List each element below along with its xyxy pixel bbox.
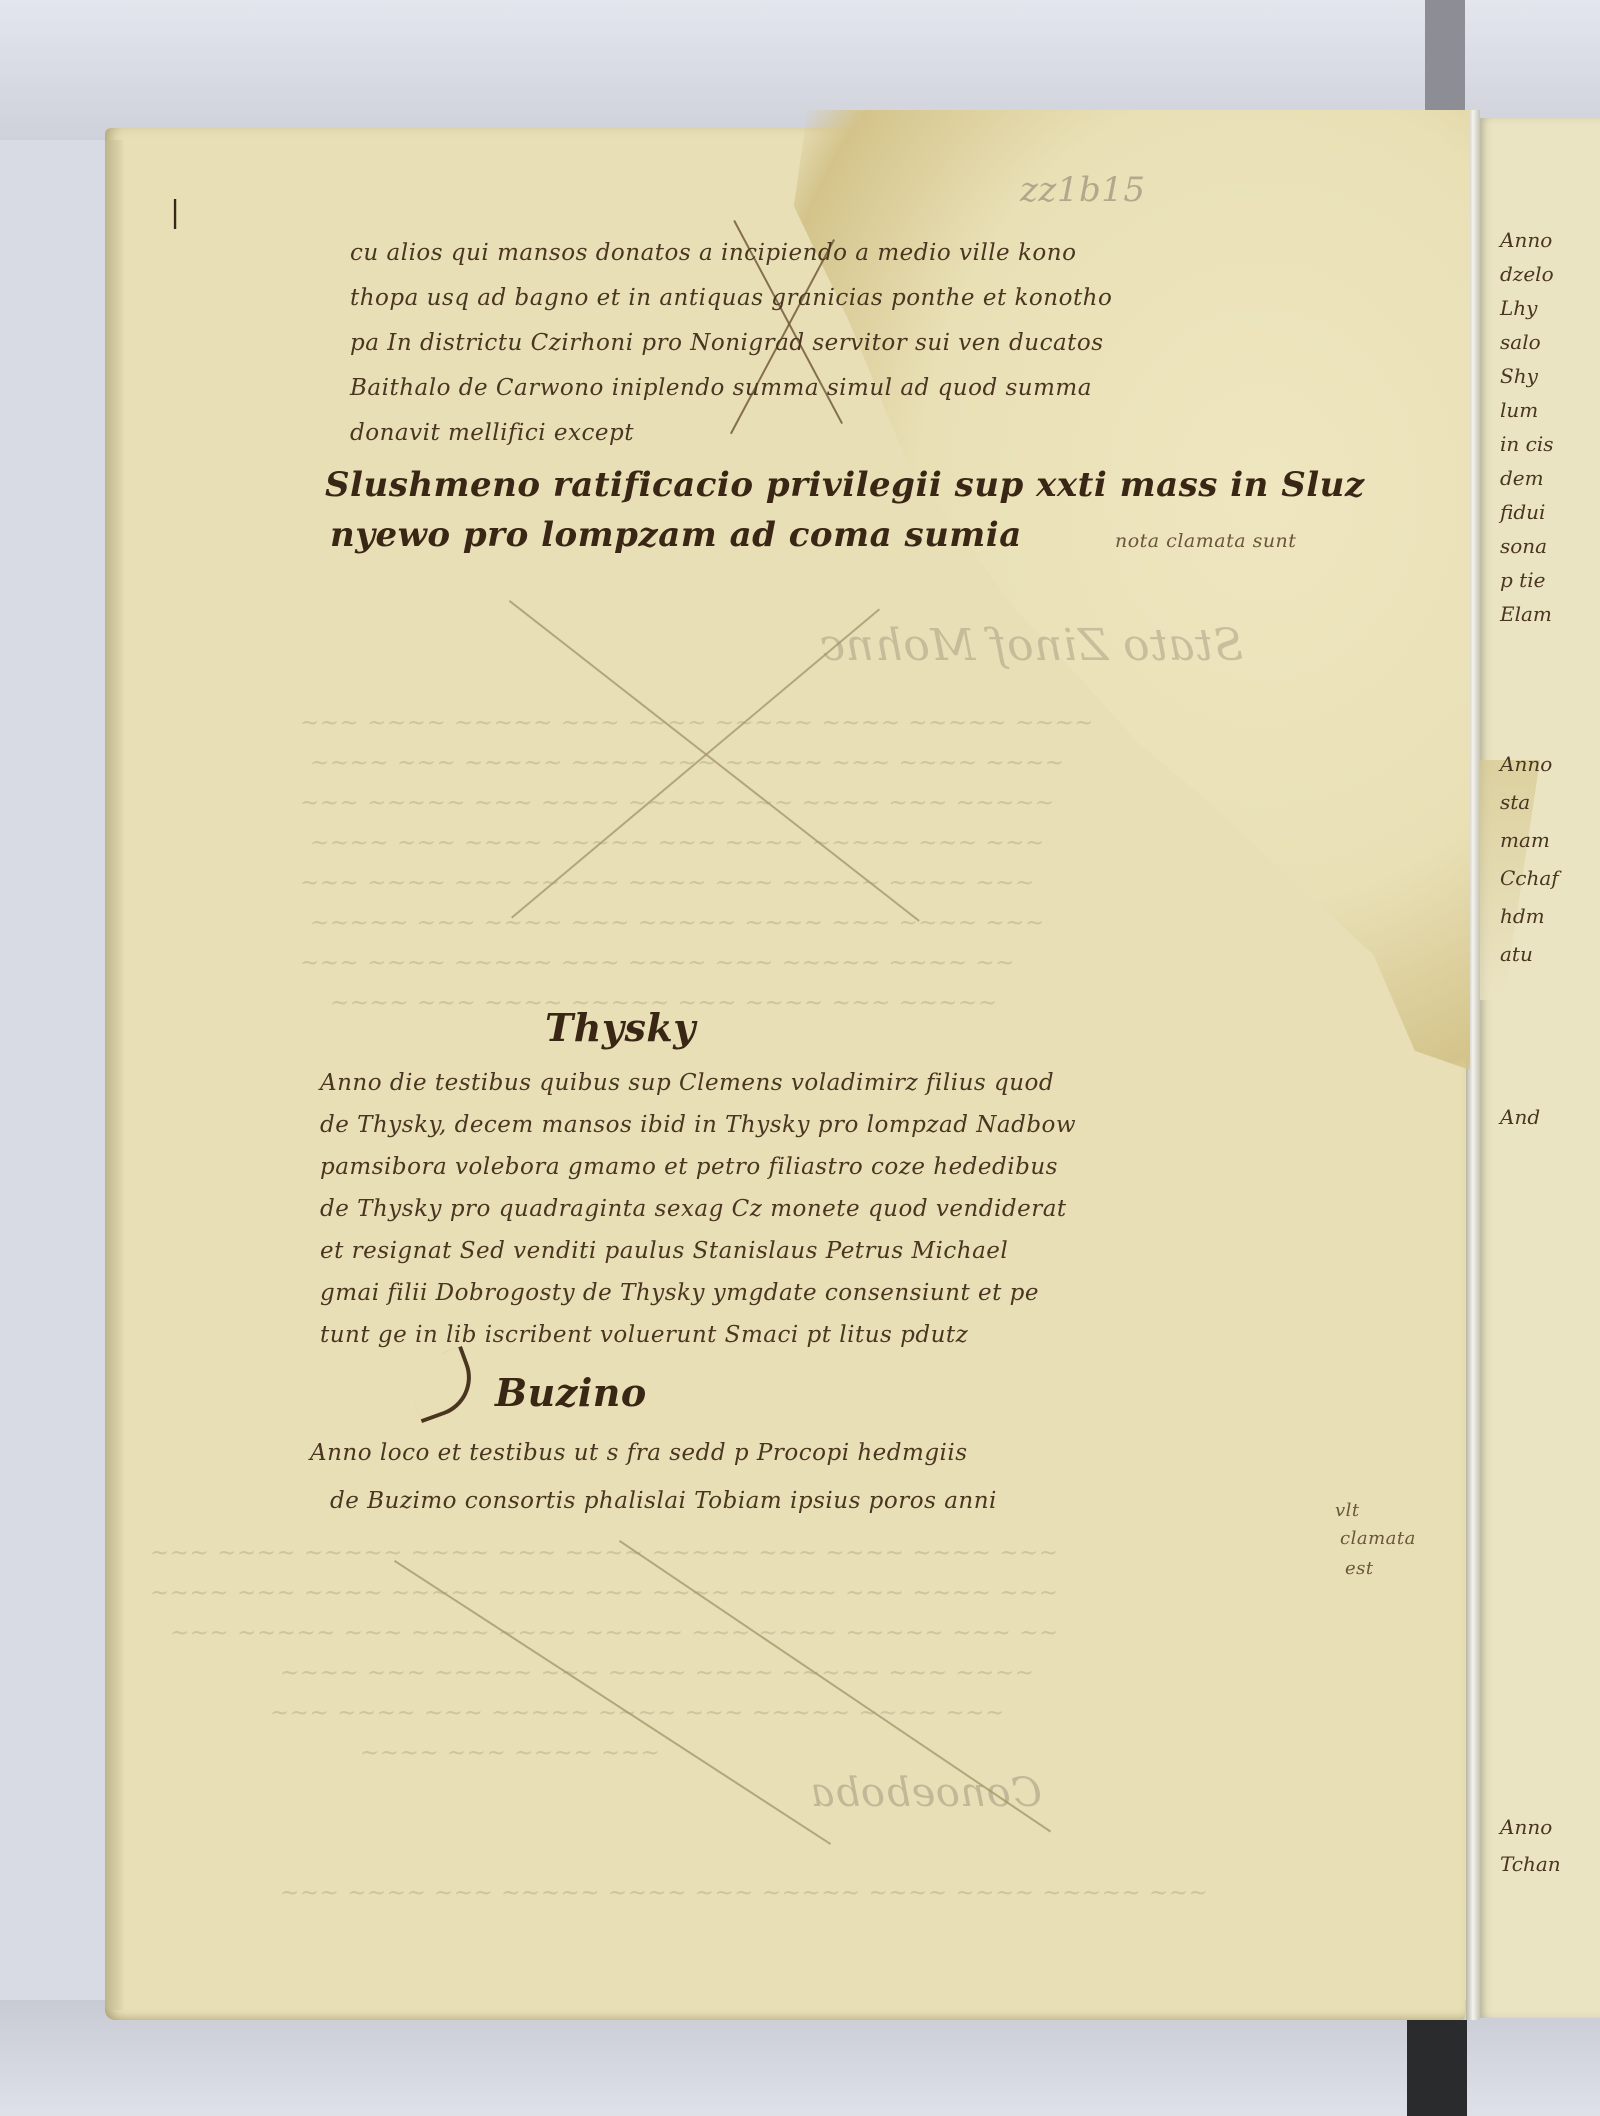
- facing-fragment: mam: [1500, 828, 1550, 852]
- binding-strip-bottom: [1407, 2020, 1467, 2116]
- marginal-note: vlt: [1335, 1500, 1360, 1521]
- section-title: Thysky: [545, 1005, 696, 1050]
- facing-fragment: sta: [1500, 790, 1530, 814]
- text-line: gmai filii Dobrogosty de Thysky ymgdate …: [320, 1280, 1039, 1306]
- text-line: de Buzimo consortis phalislai Tobiam ips…: [330, 1488, 997, 1514]
- facing-fragment: And: [1500, 1105, 1540, 1129]
- page-edge: [105, 140, 123, 2010]
- text-line: et resignat Sed venditi paulus Stanislau…: [320, 1238, 1008, 1264]
- marginal-note: est: [1345, 1558, 1374, 1579]
- facing-fragment: p tie: [1500, 568, 1545, 592]
- facing-fragment: Anno: [1500, 228, 1552, 252]
- facing-fragment: Anno: [1500, 1815, 1552, 1839]
- text-line: de Thysky, decem mansos ibid in Thysky p…: [320, 1112, 1076, 1138]
- facing-fragment: dem: [1500, 466, 1544, 490]
- text-line: pamsibora volebora gmamo et petro filias…: [320, 1154, 1058, 1180]
- bleed-through-heading-top: Stato Zinof Mohnc: [820, 620, 1243, 671]
- facing-fragment: sona: [1500, 534, 1547, 558]
- text-line: Anno die testibus quibus sup Clemens vol…: [320, 1070, 1054, 1096]
- section-title: Buzino: [495, 1370, 647, 1415]
- folio-number: zz1b15: [1020, 170, 1146, 210]
- facing-fragment: atu: [1500, 942, 1533, 966]
- facing-fragment: hdm: [1500, 904, 1545, 928]
- facing-fragment: salo: [1500, 330, 1541, 354]
- text-line: cu alios qui mansos donatos a incipiendo…: [350, 240, 1076, 266]
- binding-strip-top: [1425, 0, 1465, 125]
- marginal-note: clamata: [1340, 1528, 1416, 1549]
- facing-fragment: Tchan: [1500, 1852, 1561, 1876]
- facing-fragment: Lhy: [1500, 296, 1537, 320]
- text-line: pa In districtu Czirhoni pro Nonigrad se…: [350, 330, 1104, 356]
- marginal-note: nota clamata sunt: [1115, 530, 1296, 552]
- text-line: Baithalo de Carwono iniplendo summa simu…: [350, 375, 1092, 401]
- left-margin-mark: |: [170, 195, 181, 230]
- text-line: de Thysky pro quadraginta sexag Cz monet…: [320, 1196, 1067, 1222]
- text-line: donavit mellifici except: [350, 420, 634, 446]
- bleed-through-heading-bottom: Conoeboba: [810, 1770, 1042, 1816]
- facing-fragment: lum: [1500, 398, 1538, 422]
- facing-fragment: fidui: [1500, 500, 1545, 524]
- entry-heading: nyewo pro lompzam ad coma sumia: [330, 515, 1022, 555]
- facing-fragment: Anno: [1500, 752, 1552, 776]
- entry-heading: Slushmeno ratificacio privilegii sup xxt…: [325, 465, 1365, 505]
- facing-fragment: Shy: [1500, 364, 1538, 388]
- text-line: Anno loco et testibus ut s fra sedd p Pr…: [310, 1440, 968, 1466]
- facing-fragment: Cchaf: [1500, 866, 1559, 890]
- facing-page: [1480, 118, 1600, 2018]
- facing-fragment: in cis: [1500, 432, 1554, 456]
- facing-fragment: dzelo: [1500, 262, 1554, 286]
- facing-fragment: Elam: [1500, 602, 1552, 626]
- text-line: tunt ge in lib iscribent voluerunt Smaci…: [320, 1322, 968, 1348]
- text-line: thopa usq ad bagno et in antiquas granic…: [350, 285, 1112, 311]
